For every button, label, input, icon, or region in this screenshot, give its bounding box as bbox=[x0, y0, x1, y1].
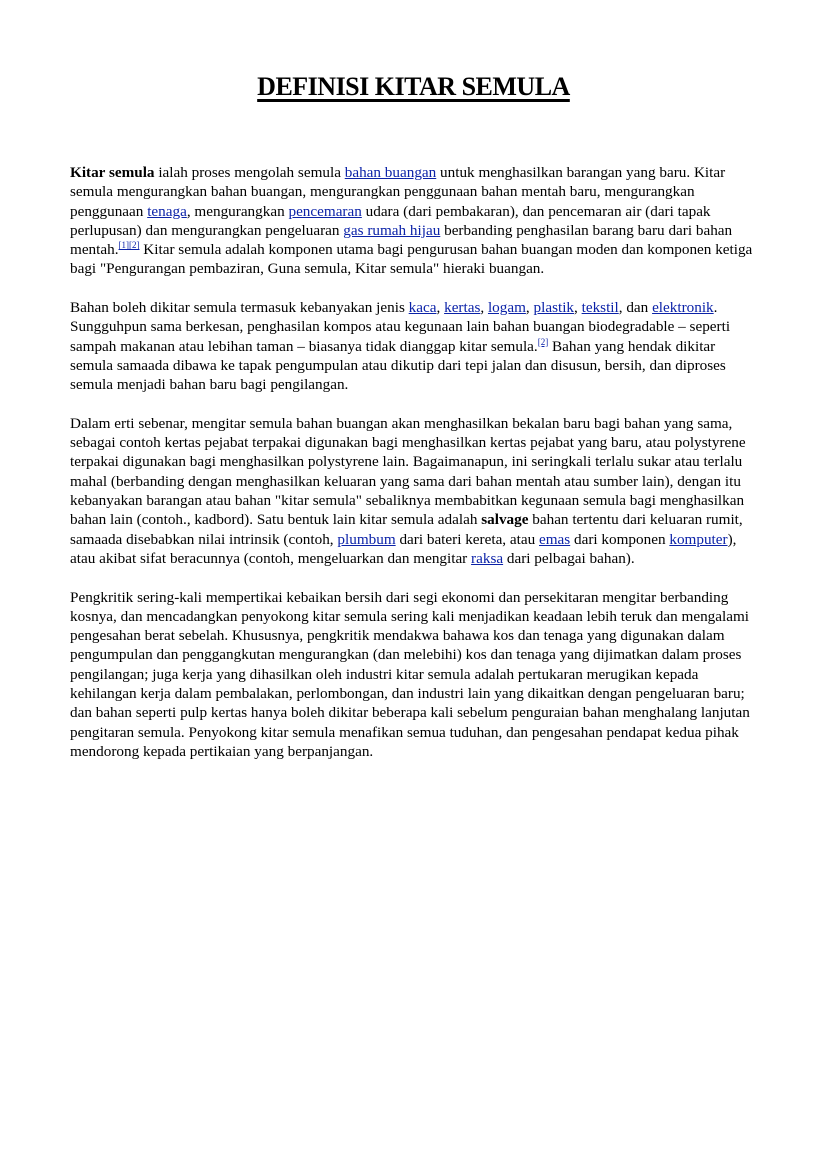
document-body: Kitar semula ialah proses mengolah semul… bbox=[70, 163, 760, 781]
citation-link-2[interactable]: [2] bbox=[129, 240, 140, 250]
paragraph-2: Bahan boleh dikitar semula termasuk keba… bbox=[70, 298, 760, 394]
text-span: dari komponen bbox=[570, 531, 669, 548]
link-raksa[interactable]: raksa bbox=[471, 550, 503, 567]
document-page: DEFINISI KITAR SEMULA Kitar semula ialah… bbox=[0, 0, 827, 1169]
text-span: , dan bbox=[619, 299, 652, 316]
paragraph-4: Pengkritik sering-kali mempertikai kebai… bbox=[70, 588, 760, 762]
link-plastik[interactable]: plastik bbox=[534, 299, 575, 316]
text-span: Bahan boleh dikitar semula termasuk keba… bbox=[70, 299, 409, 316]
text-span: , bbox=[526, 299, 534, 316]
link-elektronik[interactable]: elektronik bbox=[652, 299, 714, 316]
text-span: , bbox=[574, 299, 582, 316]
text-span: Pengkritik sering-kali mempertikai kebai… bbox=[70, 589, 750, 760]
page-title: DEFINISI KITAR SEMULA bbox=[0, 70, 827, 104]
text-span: Kitar semula adalah komponen utama bagi … bbox=[70, 241, 752, 277]
text-span: dari bateri kereta, atau bbox=[396, 531, 539, 548]
text-span: , bbox=[480, 299, 488, 316]
citation-refs: [1][2] bbox=[119, 240, 140, 250]
citation-refs: [2] bbox=[538, 337, 549, 347]
link-pencemaran[interactable]: pencemaran bbox=[288, 203, 361, 220]
link-gas-rumah-hijau[interactable]: gas rumah hijau bbox=[343, 222, 440, 239]
text-span: dari pelbagai bahan). bbox=[503, 550, 635, 567]
link-komputer[interactable]: komputer bbox=[669, 531, 727, 548]
text-span: , mengurangkan bbox=[187, 203, 289, 220]
link-bahan-buangan[interactable]: bahan buangan bbox=[345, 164, 437, 181]
link-tenaga[interactable]: tenaga bbox=[147, 203, 187, 220]
bold-term-salvage: salvage bbox=[481, 511, 528, 528]
link-kertas[interactable]: kertas bbox=[444, 299, 480, 316]
text-span: ialah proses mengolah semula bbox=[155, 164, 345, 181]
citation-link-2[interactable]: [2] bbox=[538, 337, 549, 347]
link-tekstil[interactable]: tekstil bbox=[582, 299, 619, 316]
link-logam[interactable]: logam bbox=[488, 299, 526, 316]
link-emas[interactable]: emas bbox=[539, 531, 570, 548]
bold-term-kitar-semula: Kitar semula bbox=[70, 164, 155, 181]
link-plumbum[interactable]: plumbum bbox=[337, 531, 395, 548]
citation-link-1[interactable]: [1] bbox=[119, 240, 130, 250]
link-kaca[interactable]: kaca bbox=[409, 299, 437, 316]
paragraph-1: Kitar semula ialah proses mengolah semul… bbox=[70, 163, 760, 279]
paragraph-3: Dalam erti sebenar, mengitar semula baha… bbox=[70, 414, 760, 568]
text-span: , bbox=[437, 299, 445, 316]
